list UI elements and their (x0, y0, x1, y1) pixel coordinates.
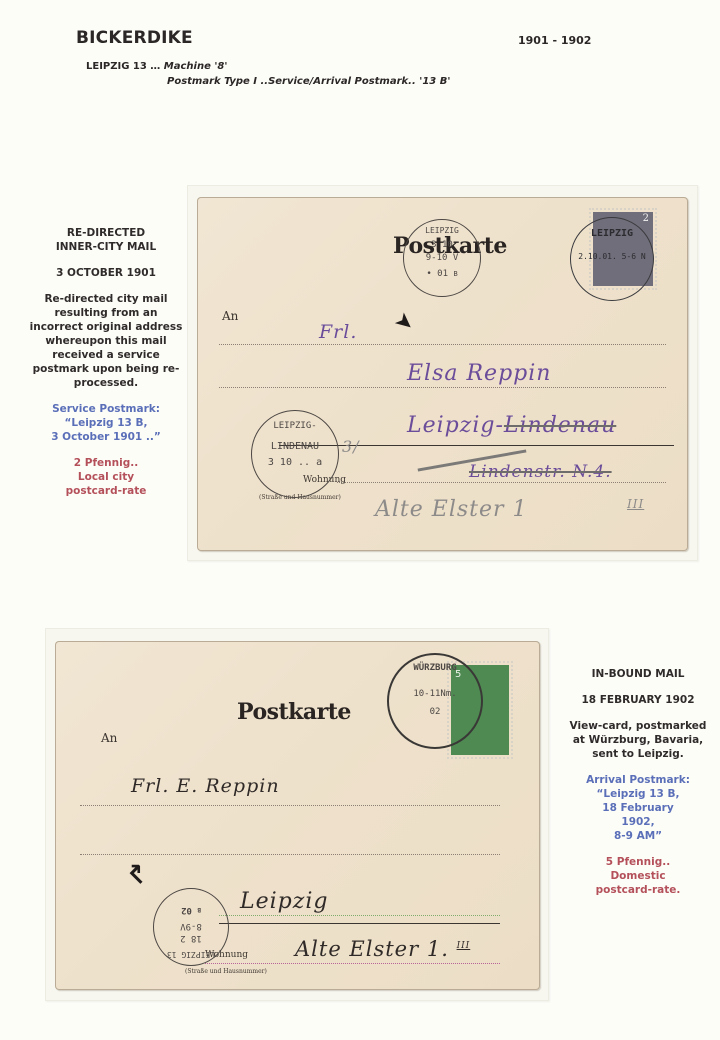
item-1-postmark-note: Service Postmark: “Leipzig 13 B, 3 Octob… (28, 402, 184, 444)
item-1-date: 3 OCTOBER 1901 (28, 266, 184, 280)
item-1-description-block: RE-DIRECTED INNER-CITY MAIL 3 OCTOBER 19… (28, 226, 184, 510)
origin-postmark-leipzig: LEIPZIG 2.10.01. 5-6 N (570, 217, 654, 301)
new-street-pencil: Alte Elster 1 (375, 497, 528, 522)
item-2-postmark-note: Arrival Postmark: “Leipzig 13 B, 18 Febr… (568, 773, 708, 843)
address-line-1 (80, 805, 500, 806)
address-line-3 (337, 482, 666, 483)
city-underline (219, 923, 500, 924)
subtitle-prefix: LEIPZIG 13 … (86, 61, 160, 72)
arrival-postmark-leipzig-13b: LEIPZIG 13 18 2 8-9V B 02 (153, 888, 229, 966)
struck-street: Lindenstr. N.4. (469, 462, 612, 482)
item-2-date: 18 FEBRUARY 1902 (568, 693, 708, 707)
item-2-rate-note: 5 Pfennig.. Domestic postcard-rate. (568, 855, 708, 897)
pencil-note: 3/ (342, 437, 360, 456)
wohnung-sublabel: (Straße und Hausnummer) (185, 968, 267, 975)
an-label: An (222, 309, 238, 323)
item-2-heading: IN-BOUND MAIL (568, 667, 708, 681)
postcard-title: Postkarte (237, 699, 351, 725)
an-label: An (101, 731, 117, 745)
item-1-description: Re-directed city mail resulting from an … (28, 292, 184, 390)
arrow-pointer-icon: ➤ (389, 307, 419, 338)
addressee-title: Frl. (319, 321, 357, 343)
item-1-heading: RE-DIRECTED INNER-CITY MAIL (28, 226, 184, 254)
postmark-leipzig-lindenau: LEIPZIG- LINDENAU 3 10 .. a (251, 410, 339, 498)
arrow-pointer-icon: ↰ (121, 856, 158, 893)
address-line-1 (219, 344, 666, 345)
city-handwriting: Leipzig-Lindenau (407, 413, 616, 438)
address-line-3 (205, 963, 500, 964)
floor-pencil: III (627, 497, 644, 511)
page-title: BICKERDIKE (76, 28, 193, 48)
subtitle-line-1: LEIPZIG 13 … Machine '8' (86, 61, 227, 72)
address-line-2 (80, 854, 500, 855)
service-postmark-leipzig-13b: LEIPZIG 3 10 9-10 V • 01 B (403, 219, 481, 297)
street-handwriting: Alte Elster 1. III (295, 937, 470, 961)
addressee-name: Elsa Reppin (407, 361, 551, 386)
address-line-2 (219, 387, 666, 388)
item-1-postcard: Postkarte LEIPZIG 3 10 9-10 V • 01 B ➤ 2… (197, 197, 688, 551)
city-handwriting: Leipzig (240, 889, 328, 914)
subtitle-line-2: Postmark Type I ..Service/Arrival Postma… (167, 76, 450, 87)
stamp-value: 2 (643, 213, 649, 224)
origin-postmark-wuerzburg: WÜRZBURG 10-11Nm. 02 (387, 653, 483, 749)
item-2-description-block: IN-BOUND MAIL 18 FEBRUARY 1902 View-card… (568, 667, 708, 909)
item-1-rate-note: 2 Pfennig.. Local city postcard-rate (28, 456, 184, 498)
city-line-green (219, 915, 500, 916)
subtitle-machine: Machine '8' (164, 61, 228, 72)
date-range: 1901 - 1902 (518, 34, 591, 47)
item-2-postcard: Postkarte 5 WÜRZBURG 10-11Nm. 02 An Frl.… (55, 641, 540, 990)
item-2-description: View-card, postmarked at Würzburg, Bavar… (568, 719, 708, 761)
addressee-name: Frl. E. Reppin (131, 775, 280, 797)
